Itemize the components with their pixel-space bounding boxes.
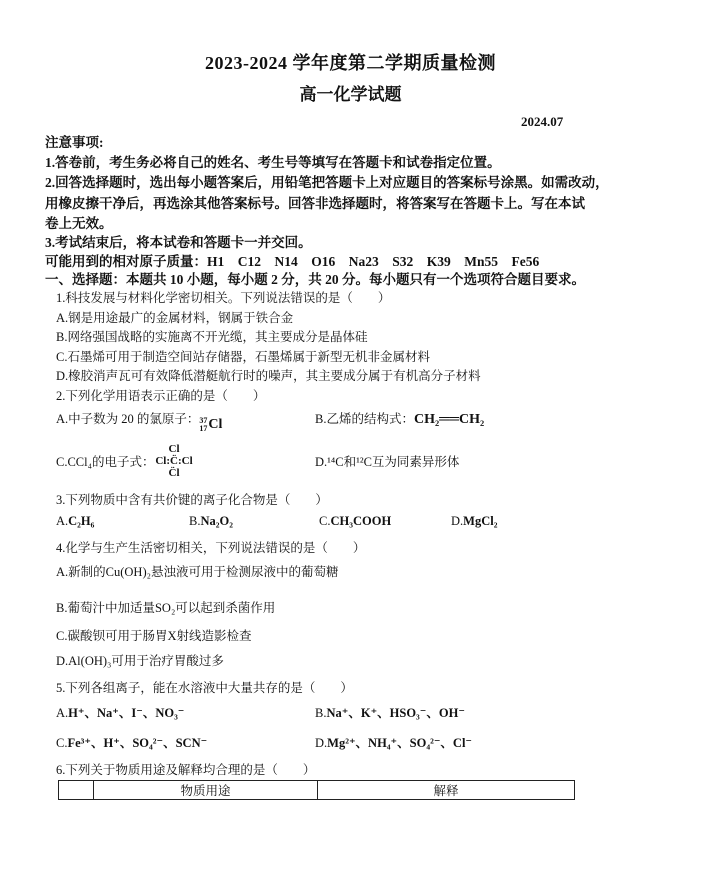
q5-option-a: A.H⁺、Na⁺、I⁻、NO₃⁻ — [56, 706, 184, 720]
q3-option-b-formula: Na₂O₂ — [200, 514, 233, 528]
q3-option-a: A.C₂H₆ — [56, 514, 94, 528]
chlorine-isotope-notation: 3717Cl — [199, 417, 222, 433]
lewis-middle-row: Cl:C̈:Cl — [150, 455, 198, 467]
ethylene-structural-formula: CH₂══CH₂ — [414, 412, 484, 427]
q6-table-header-usage: 物质用途 — [94, 781, 318, 799]
q3-option-c-formula: CH₃COOH — [330, 514, 391, 528]
section-1-heading: 一、选择题：本题共 10 小题，每小题 2 分，共 20 分。每小题只有一个选项… — [45, 272, 585, 288]
lewis-top-cl: Cl — [150, 443, 198, 455]
ccl4-electron-dot-structure: Cl Cl:C̈:Cl C̈l — [150, 443, 198, 479]
notice-item-2-line1: 2.回答选择题时，选出每小题答案后，用铅笔把答题卡上对应题目的答案标号涂黑。如需… — [45, 175, 609, 191]
q4-option-c: C.碳酸钡可用于肠胃X射线造影检查 — [56, 629, 252, 643]
q5-stem: 5.下列各组离子，能在水溶液中大量共存的是（ ） — [56, 681, 353, 695]
q5-option-d-label: D. — [315, 736, 327, 750]
q1-option-c: C.石墨烯可用于制造空间站存储器，石墨烯属于新型无机非金属材料 — [56, 350, 430, 364]
q5-option-d: D.Mg²⁺、NH₄⁺、SO₄²⁻、Cl⁻ — [315, 736, 472, 750]
q4-option-b: B.葡萄汁中加适量SO₂可以起到杀菌作用 — [56, 601, 275, 615]
notice-item-1: 1.答卷前，考生务必将自己的姓名、考生号等填写在答题卡和试卷指定位置。 — [45, 155, 501, 171]
q2-option-c: C.CCl₄的电子式： — [56, 455, 154, 469]
q5-option-b: B.Na⁺、K⁺、HSO₃⁻、OH⁻ — [315, 706, 465, 720]
notice-item-2-line3: 卷上无效。 — [45, 216, 113, 232]
q1-option-d: D.橡胶消声瓦可有效降低潜艇航行时的噪声，其主要成分属于有机高分子材料 — [56, 369, 481, 383]
q4-stem: 4.化学与生产生活密切相关，下列说法错误的是（ ） — [56, 541, 365, 555]
exam-paper-page: 2023-2024 学年度第二学期质量检测 高一化学试题 2024.07 注意事… — [0, 0, 701, 877]
q2-option-d: D.¹⁴C和¹²C互为同素异形体 — [315, 455, 459, 469]
q3-option-c-label: C. — [319, 514, 330, 528]
q5-option-b-ions: Na⁺、K⁺、HSO₃⁻、OH⁻ — [326, 706, 464, 720]
q1-option-b: B.网络强国战略的实施离不开光缆，其主要成分是晶体硅 — [56, 330, 367, 344]
q6-stem: 6.下列关于物质用途及解释均合理的是（ ） — [56, 763, 315, 777]
q5-option-c-ions: Fe³⁺、H⁺、SO₄²⁻、SCN⁻ — [67, 736, 207, 750]
q3-option-a-label: A. — [56, 514, 68, 528]
q5-option-a-label: A. — [56, 706, 68, 720]
q6-table-header-explanation: 解释 — [318, 781, 574, 799]
q5-option-a-ions: H⁺、Na⁺、I⁻、NO₃⁻ — [68, 706, 184, 720]
q3-option-b: B.Na₂O₂ — [189, 514, 233, 528]
q4-option-d: D.Al(OH)₃可用于治疗胃酸过多 — [56, 654, 224, 668]
q3-option-d-formula: MgCl₂ — [463, 514, 497, 528]
notice-heading: 注意事项: — [45, 135, 104, 151]
lewis-bottom-cl: C̈l — [150, 467, 198, 479]
exam-date: 2024.07 — [521, 115, 563, 130]
exam-title-line2: 高一化学试题 — [0, 85, 701, 105]
atomic-masses-line: 可能用到的相对原子质量：H1 C12 N14 O16 Na23 S32 K39 … — [45, 254, 539, 270]
q6-table: 物质用途 解释 — [58, 780, 575, 800]
q3-stem: 3.下列物质中含有共价键的离子化合物是（ ） — [56, 493, 328, 507]
q5-option-d-ions: Mg²⁺、NH₄⁺、SO₄²⁻、Cl⁻ — [327, 736, 472, 750]
q2-option-c-label: C.CCl₄的电子式： — [56, 455, 154, 469]
q4-option-a: A.新制的Cu(OH)₂悬浊液可用于检测尿液中的葡萄糖 — [56, 565, 338, 579]
q2-option-a-label: A.中子数为 20 的氯原子： — [56, 412, 199, 426]
q3-option-a-formula: C₂H₆ — [68, 514, 94, 528]
q1-stem: 1.科技发展与材料化学密切相关。下列说法错误的是（ ） — [56, 291, 390, 305]
isotope-atomic-number: 17 — [199, 425, 207, 433]
q3-option-b-label: B. — [189, 514, 200, 528]
q5-option-c: C.Fe³⁺、H⁺、SO₄²⁻、SCN⁻ — [56, 736, 207, 750]
q3-option-d-label: D. — [451, 514, 463, 528]
notice-item-3: 3.考试结束后，将本试卷和答题卡一并交回。 — [45, 235, 312, 251]
q3-option-d: D.MgCl₂ — [451, 514, 497, 528]
q5-option-b-label: B. — [315, 706, 326, 720]
exam-title-line1: 2023-2024 学年度第二学期质量检测 — [0, 53, 701, 74]
q2-option-b: B.乙烯的结构式：CH₂══CH₂ — [315, 412, 484, 428]
q3-option-c: C.CH₃COOH — [319, 514, 391, 528]
q2-stem: 2.下列化学用语表示正确的是（ ） — [56, 389, 265, 403]
q2-option-a: A.中子数为 20 的氯原子：3717Cl — [56, 412, 222, 433]
q1-option-a: A.钢是用途最广的金属材料，钢属于铁合金 — [56, 311, 293, 325]
notice-item-2-line2: 用橡皮擦干净后，再选涂其他答案标号。回答非选择题时，将答案写在答题卡上。写在本试 — [45, 196, 585, 212]
isotope-symbol: Cl — [208, 417, 222, 433]
q6-table-header-blank — [59, 781, 94, 799]
q5-option-c-label: C. — [56, 736, 67, 750]
q2-option-b-label: B.乙烯的结构式： — [315, 412, 414, 426]
